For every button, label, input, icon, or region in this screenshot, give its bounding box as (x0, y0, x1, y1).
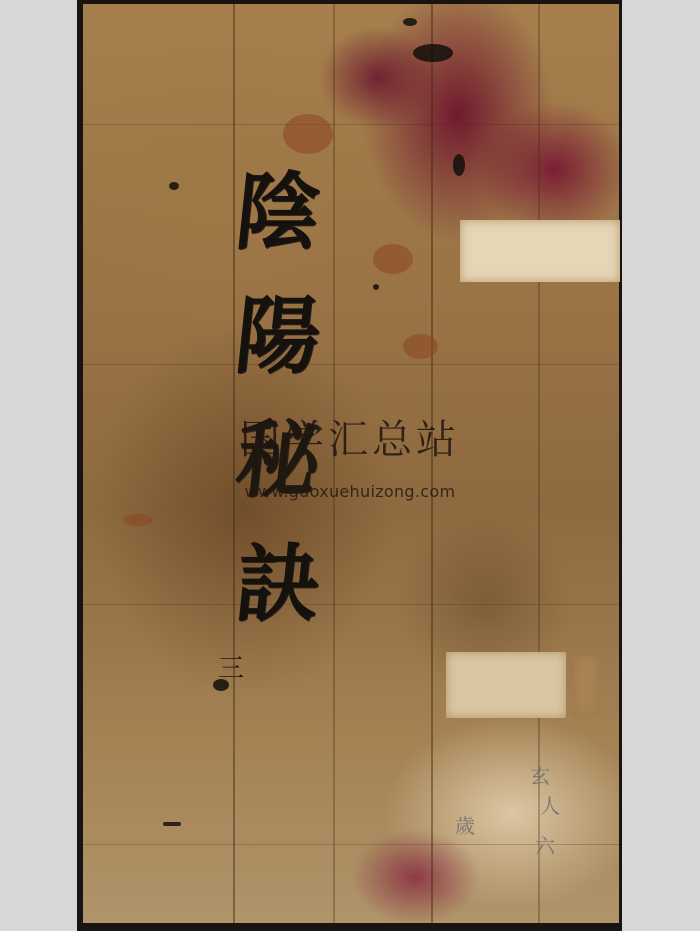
ink-spot (403, 18, 417, 26)
fold-line (83, 124, 619, 125)
rust-stain (373, 244, 413, 274)
paper-patch (446, 652, 566, 718)
fold-line (83, 364, 619, 365)
pencil-note: 人 (540, 790, 560, 819)
watermark: 国学汇总站 www.guoxuehuizong.com (200, 420, 500, 501)
title-char: 訣 (232, 542, 325, 626)
fold-line (83, 604, 619, 605)
watermark-url: www.guoxuehuizong.com (200, 482, 500, 501)
watermark-title: 国学汇总站 (200, 420, 500, 460)
title-mark: 三 (218, 648, 244, 685)
ink-spot (453, 154, 465, 176)
pencil-note: 玄 (530, 760, 550, 789)
paper-patch (460, 220, 620, 282)
ink-spot (373, 284, 379, 290)
pencil-note: 六 (535, 830, 555, 859)
pencil-note: 歲 (455, 810, 475, 839)
paper-patch (573, 656, 598, 716)
ink-spot (413, 44, 453, 62)
ink-spot (163, 822, 181, 826)
rust-stain (403, 334, 438, 359)
title-char: 陰 (232, 170, 325, 254)
rust-stain (123, 514, 153, 526)
ink-spot (169, 182, 179, 190)
title-char: 陽 (232, 294, 325, 378)
rust-stain (283, 114, 333, 154)
